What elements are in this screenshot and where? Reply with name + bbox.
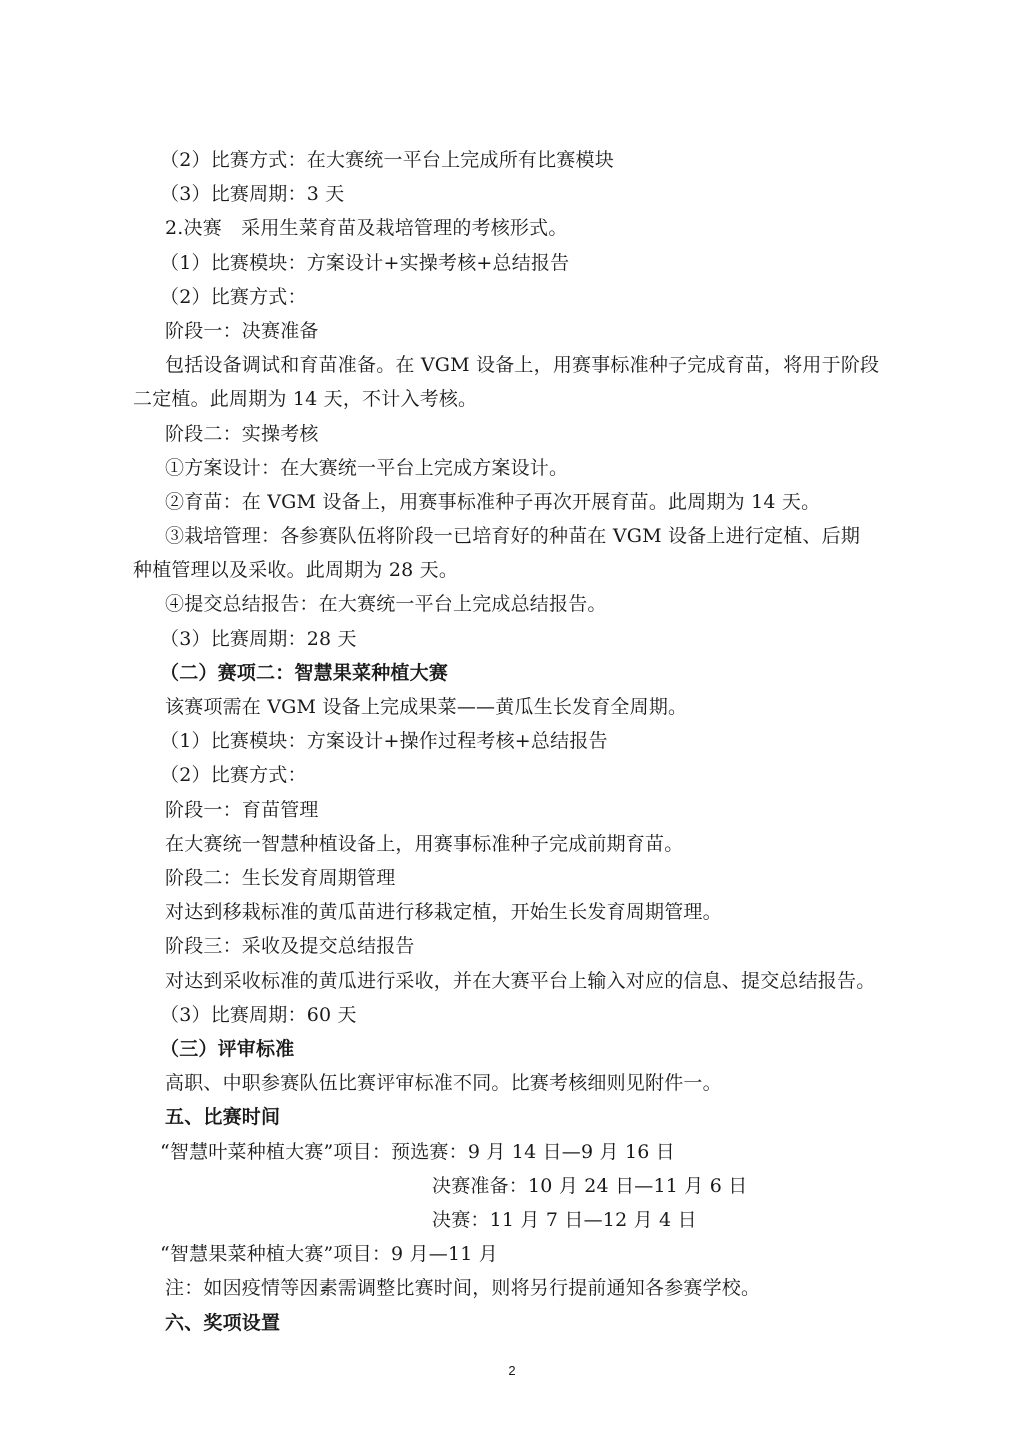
schedule-line: “智慧果菜种植大赛”项目：9 月—11 月	[160, 1241, 930, 1267]
paragraph: （1）比赛模块：方案设计+实操考核+总结报告	[160, 250, 930, 276]
paragraph: 阶段一：决赛准备	[165, 318, 935, 344]
paragraph: ①方案设计：在大赛统一平台上完成方案设计。	[165, 455, 935, 481]
section-heading: 五、比赛时间	[165, 1104, 935, 1130]
paragraph: （3）比赛周期：28 天	[160, 626, 930, 652]
paragraph: 阶段一：育苗管理	[165, 797, 935, 823]
document-page: （2）比赛方式：在大赛统一平台上完成所有比赛模块 （3）比赛周期：3 天 2.决…	[0, 0, 1024, 1447]
paragraph: 对达到采收标准的黄瓜进行采收，并在大赛平台上输入对应的信息、提交总结报告。	[165, 968, 935, 994]
paragraph: 对达到移栽标准的黄瓜苗进行移栽定植，开始生长发育周期管理。	[165, 899, 935, 925]
paragraph: 注：如因疫情等因素需调整比赛时间，则将另行提前通知各参赛学校。	[165, 1275, 935, 1301]
paragraph: 该赛项需在 VGM 设备上完成果菜——黄瓜生长发育全周期。	[165, 694, 935, 720]
paragraph: （2）比赛方式：	[160, 762, 930, 788]
paragraph: （1）比赛模块：方案设计+操作过程考核+总结报告	[160, 728, 930, 754]
paragraph: 种植管理以及采收。此周期为 28 天。	[133, 557, 903, 583]
schedule-line: 决赛：11 月 7 日—12 月 4 日	[432, 1207, 1024, 1233]
page-number: 2	[0, 1363, 1024, 1378]
paragraph: ②育苗：在 VGM 设备上，用赛事标准种子再次开展育苗。此周期为 14 天。	[165, 489, 935, 515]
paragraph: 高职、中职参赛队伍比赛评审标准不同。比赛考核细则见附件一。	[165, 1070, 935, 1096]
paragraph: 2.决赛 采用生菜育苗及栽培管理的考核形式。	[165, 215, 935, 241]
paragraph: 在大赛统一智慧种植设备上，用赛事标准种子完成前期育苗。	[165, 831, 935, 857]
section-heading: 六、奖项设置	[165, 1310, 935, 1336]
section-heading: （三）评审标准	[160, 1036, 930, 1062]
paragraph: （3）比赛周期：3 天	[160, 181, 930, 207]
paragraph: 二定植。此周期为 14 天，不计入考核。	[133, 386, 903, 412]
paragraph: 阶段二：生长发育周期管理	[165, 865, 935, 891]
schedule-line: “智慧叶菜种植大赛”项目：预选赛：9 月 14 日—9 月 16 日	[160, 1139, 930, 1165]
paragraph: ③栽培管理：各参赛队伍将阶段一已培育好的种苗在 VGM 设备上进行定植、后期	[165, 523, 935, 549]
paragraph: 包括设备调试和育苗准备。在 VGM 设备上，用赛事标准种子完成育苗，将用于阶段	[165, 352, 935, 378]
schedule-line: 决赛准备：10 月 24 日—11 月 6 日	[432, 1173, 1024, 1199]
paragraph: （2）比赛方式：在大赛统一平台上完成所有比赛模块	[160, 147, 930, 173]
paragraph: 阶段二：实操考核	[165, 421, 935, 447]
paragraph: 阶段三：采收及提交总结报告	[165, 933, 935, 959]
section-heading: （二）赛项二：智慧果菜种植大赛	[160, 660, 930, 686]
paragraph: （2）比赛方式：	[160, 284, 930, 310]
paragraph: （3）比赛周期：60 天	[160, 1002, 930, 1028]
paragraph: ④提交总结报告：在大赛统一平台上完成总结报告。	[165, 591, 935, 617]
